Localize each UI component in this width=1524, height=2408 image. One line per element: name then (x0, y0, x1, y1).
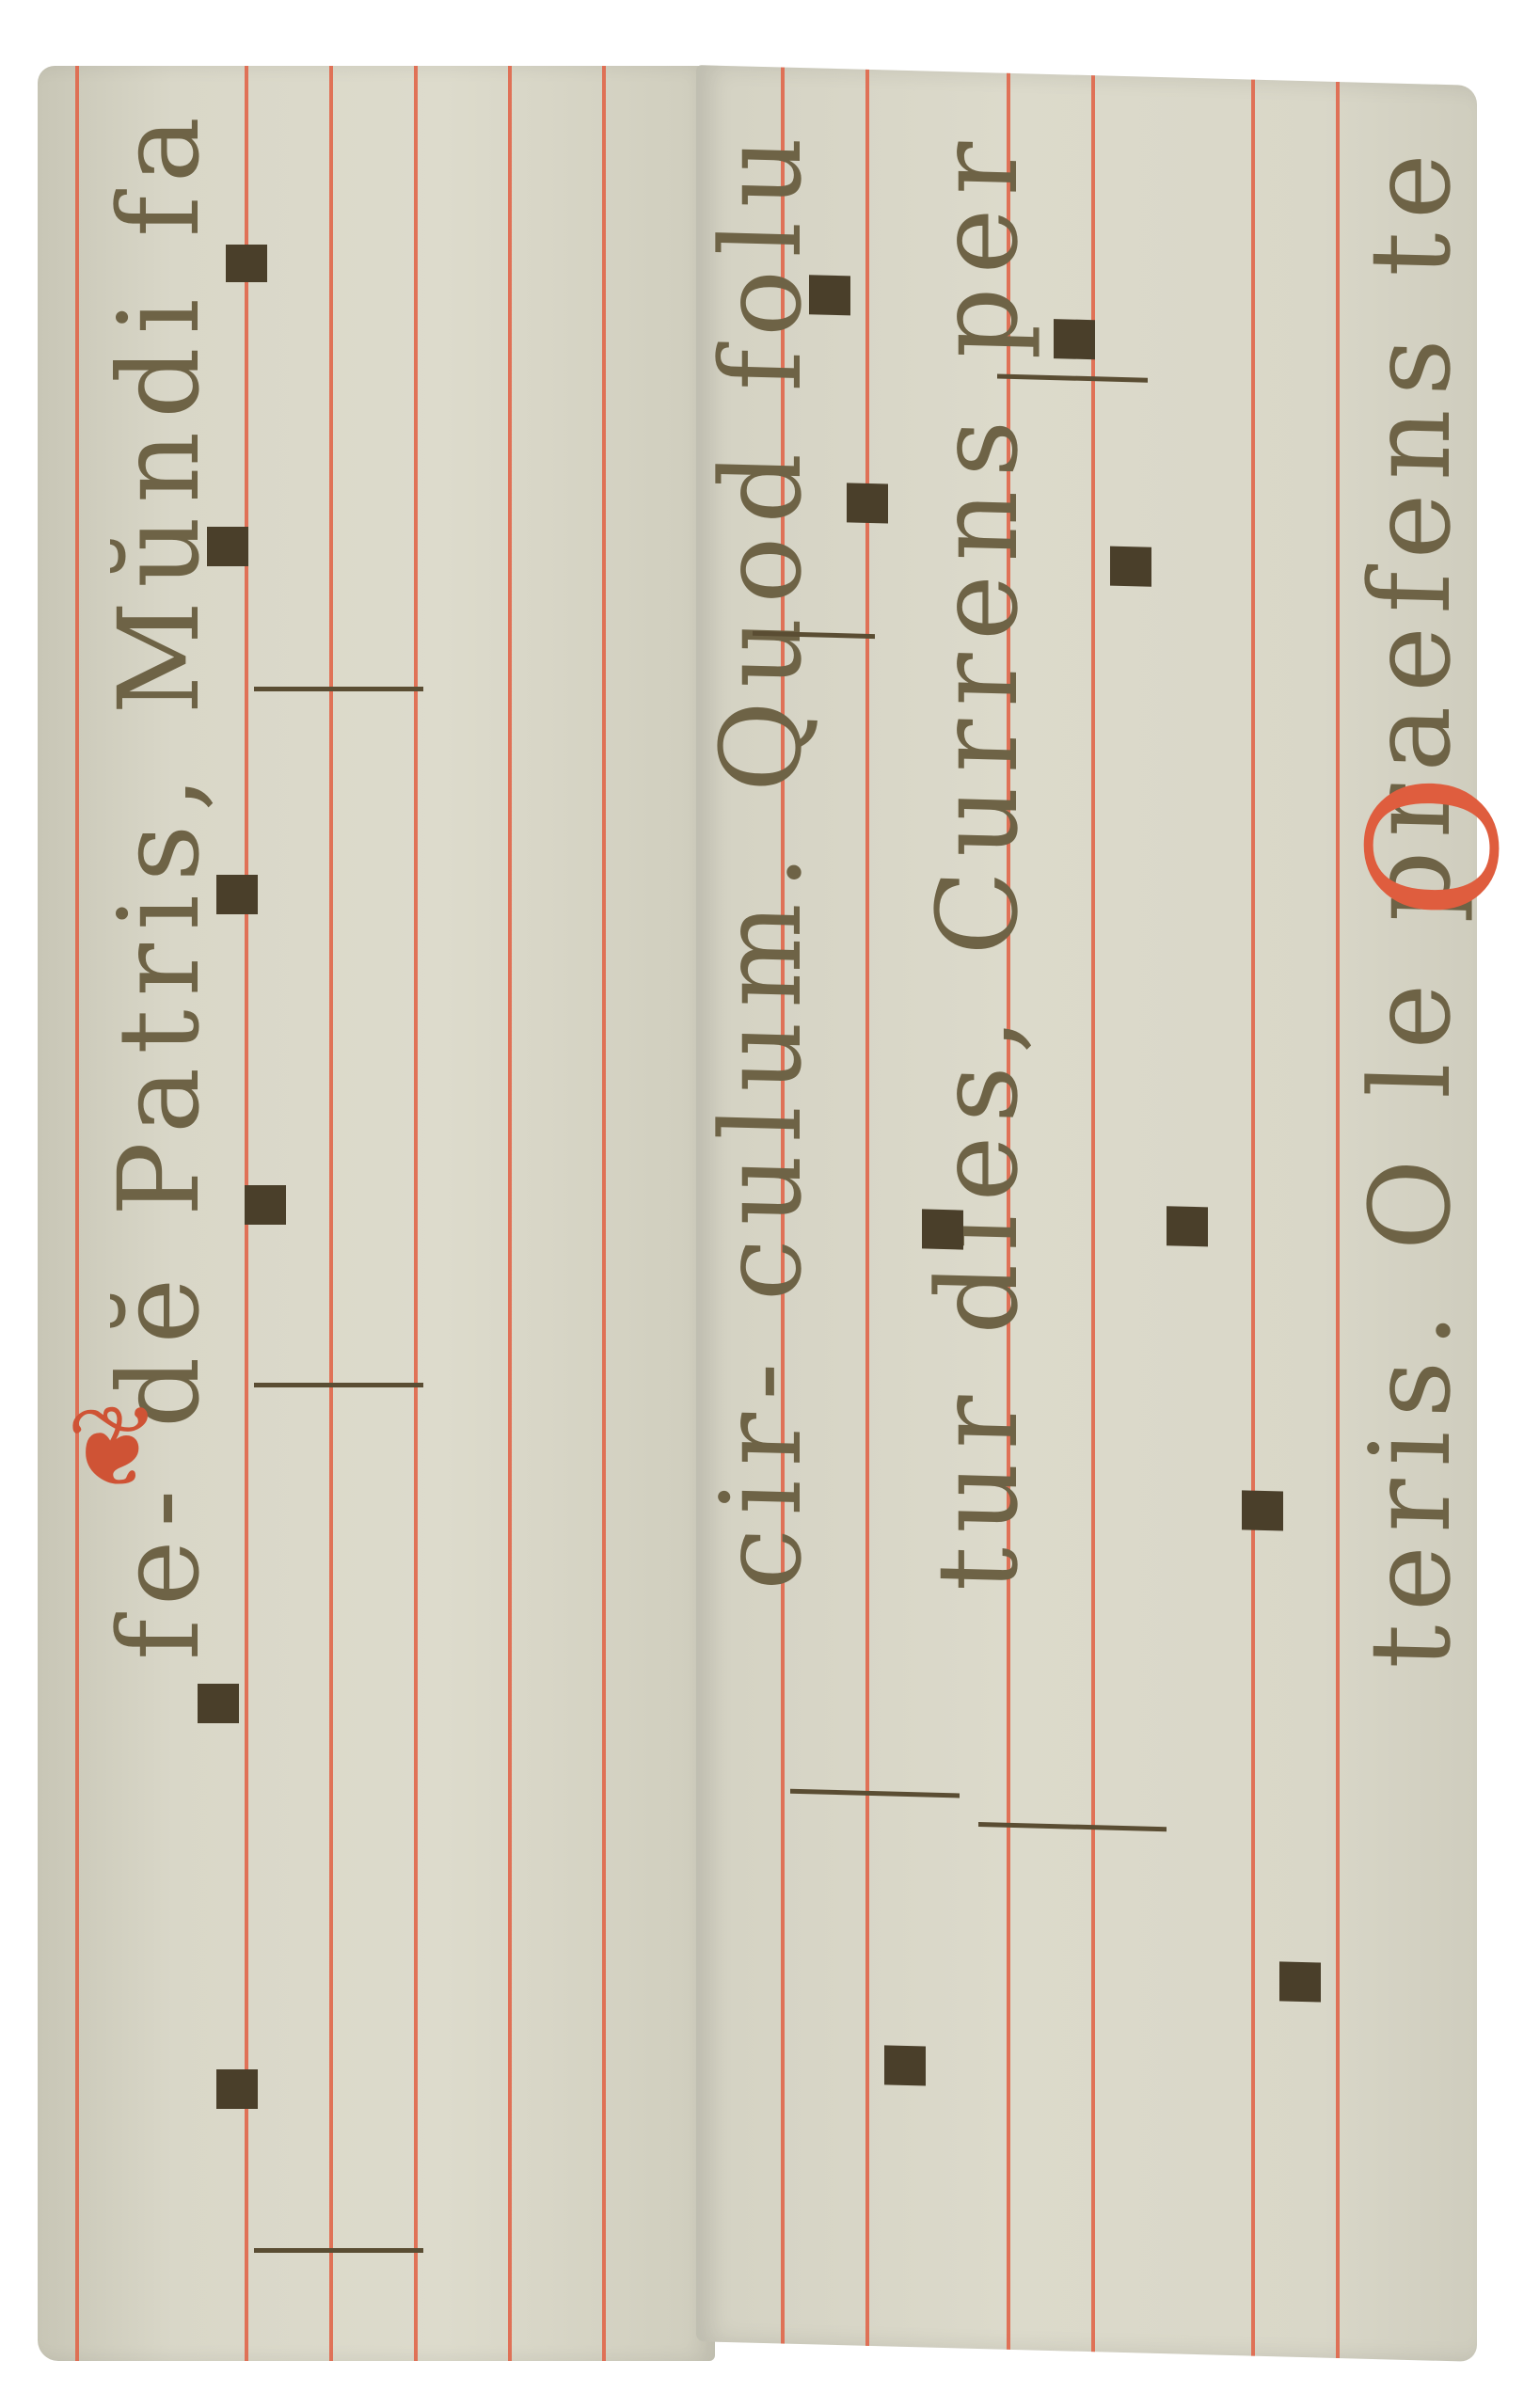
rubric-initial: O (1324, 770, 1524, 923)
staff-line (75, 66, 79, 2361)
chant-note (809, 275, 850, 315)
chant-note (216, 2069, 258, 2109)
chant-note (226, 245, 267, 282)
staff-line (602, 66, 606, 2361)
bar-line (254, 1383, 423, 1387)
chant-note (1054, 319, 1095, 359)
bar-line (790, 1789, 960, 1798)
staff-line (1091, 75, 1095, 2352)
rubric-ornament: ❦ (66, 1383, 161, 1513)
chant-note (847, 483, 888, 523)
chant-note (198, 1684, 239, 1723)
bar-line (254, 2248, 423, 2253)
book-cover: cir- culum. Quod folu tur dies, Currens … (696, 65, 1477, 2362)
chant-note (1279, 1961, 1321, 2002)
chant-note (922, 1209, 963, 1249)
chant-note (207, 527, 248, 566)
chant-note (1167, 1206, 1208, 1246)
staff-line (508, 66, 512, 2361)
cover-lyric-text: tur dies, Currens per (913, 127, 1042, 1592)
cover-lyric-text: cir- culum. Quod folu (696, 121, 826, 1592)
chant-note (216, 875, 258, 914)
chant-note (1110, 547, 1151, 587)
book-spine: fe- dĕ Patris, Mŭndi fa ❦ (38, 66, 715, 2361)
staff-line (329, 66, 333, 2361)
staff-line (414, 66, 418, 2361)
bar-line (254, 687, 423, 691)
chant-note (245, 1185, 286, 1225)
chant-note (1242, 1490, 1283, 1530)
staff-line (1336, 82, 1340, 2358)
chant-note (884, 2045, 926, 2085)
staff-line (1251, 80, 1255, 2356)
staff-line (865, 70, 869, 2346)
